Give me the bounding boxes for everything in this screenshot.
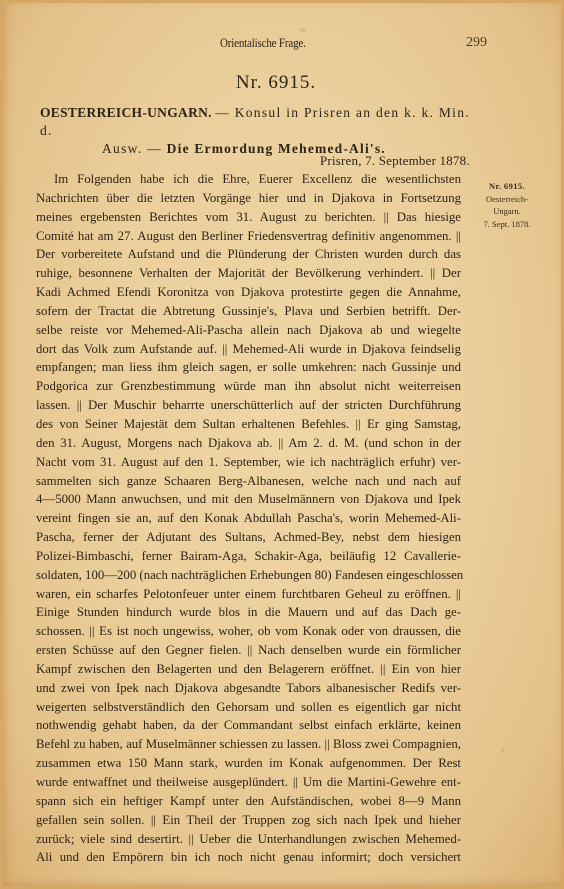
body-line: sofern der Tractat die Abtretung Gussinj… bbox=[36, 302, 461, 321]
body-line: selbe reiste vor Mehemed-Ali-Pascha alle… bbox=[36, 321, 461, 340]
body-line: Comité hat am 27. August den Berliner Fr… bbox=[36, 227, 461, 246]
body-line: wurde entwaffnet und theilweise ausgeplü… bbox=[36, 773, 461, 792]
margin-note-date: 7. Sept. 1878. bbox=[466, 218, 548, 231]
body-line: Ali und den Empörern bin ich noch nicht … bbox=[36, 848, 461, 867]
body-line: Nacht vom 31. August auf den 1. Septembe… bbox=[36, 453, 461, 472]
body-line: Kampf zwischen den Belagerten und den Be… bbox=[36, 660, 461, 679]
body-line: vereint fingen sie an, auf den Konak Abd… bbox=[36, 509, 461, 528]
document-heading: OESTERREICH-UNGARN. — Konsul in Prisren … bbox=[40, 104, 480, 158]
body-line: und zwei von Ipek nach Djakova abgesandt… bbox=[36, 679, 461, 698]
body-line: Im Folgenden habe ich die Ehre, Euerer E… bbox=[36, 170, 461, 189]
dateline: Prisren, 7. September 1878. bbox=[320, 153, 470, 169]
document-page: Orientalische Frage. 299 Nr. 6915. OESTE… bbox=[0, 0, 564, 889]
heading-subject-prefix: Ausw. — bbox=[102, 141, 162, 156]
margin-note: Nr. 6915. Oesterreich- Ungarn. 7. Sept. … bbox=[466, 180, 548, 230]
body-line: Nachrichten über die letzten Vorgänge hi… bbox=[36, 189, 461, 208]
body-line: weigerten selbstverständlich den Gehorsa… bbox=[36, 698, 461, 717]
body-line: meines ergebensten Berichtes vom 31. Aug… bbox=[36, 208, 461, 227]
body-line: des von Seiner Majestät dem Sultan erhal… bbox=[36, 415, 461, 434]
body-line: den 31. August, Morgens nach Djakova ab.… bbox=[36, 434, 461, 453]
body-line: zusammen etwa 150 Mann stark, wurden im … bbox=[36, 754, 461, 773]
body-line: spann sich ein heftiger Kampf unter den … bbox=[36, 792, 461, 811]
document-number: Nr. 6915. bbox=[0, 72, 558, 94]
heading-country: OESTERREICH-UNGARN. bbox=[40, 105, 212, 120]
body-line: dort das Volk zum Aufstande auf. || Mehe… bbox=[36, 340, 461, 359]
body-line: waren, ein scharfes Pelotonfeuer unter e… bbox=[36, 585, 461, 604]
paper-stain bbox=[300, 28, 306, 32]
page-number: 299 bbox=[466, 35, 487, 51]
body-line: empfangen; man liess ihm gleich sagen, e… bbox=[36, 358, 461, 377]
body-line: sammelten sich ganze Schaaren Berg-Alban… bbox=[36, 472, 461, 491]
body-line: Podgorica zur Grenzbestimmung würde man … bbox=[36, 377, 461, 396]
body-line: ersten Schüsse auf den Gegner fielen. ||… bbox=[36, 641, 461, 660]
body-line: Einige Stunden hindurch wurde blos in di… bbox=[36, 603, 461, 622]
body-line: 4—5000 Mann anwuchsen, und mit den Musel… bbox=[36, 490, 461, 509]
body-line: Kadi Achmed Efendi Koronitza von Djakova… bbox=[36, 283, 461, 302]
paper-stain bbox=[501, 748, 505, 752]
body-line: ruhige, besonnene Verhalten der Majoritä… bbox=[36, 264, 461, 283]
body-line: gefallen sein sollen. || Ein Theil der T… bbox=[36, 811, 461, 830]
running-title: Orientalische Frage. bbox=[220, 36, 306, 51]
body-line: nothwendig gehabt haben, da der Commanda… bbox=[36, 716, 461, 735]
margin-note-country-line1: Oesterreich- bbox=[466, 193, 548, 206]
body-line: zurück; viele sind desertirt. || Ueber d… bbox=[36, 830, 461, 849]
margin-note-country-line2: Ungarn. bbox=[466, 205, 548, 218]
body-line: schossen. || Es ist noch ungewiss, woher… bbox=[36, 622, 461, 641]
body-line: lassen. || Der Muschir beharrte unerschü… bbox=[36, 396, 461, 415]
body-line: soldaten, 100—200 (nach nachträglichen E… bbox=[36, 566, 461, 585]
running-head: Orientalische Frage. 299 bbox=[0, 36, 564, 56]
body-line: Pascha, ferner der Adjutant des Sultans,… bbox=[36, 528, 461, 547]
body-text: Im Folgenden habe ich die Ehre, Euerer E… bbox=[36, 170, 461, 867]
body-line: Der vorbereitete Aufstand und die Plünde… bbox=[36, 245, 461, 264]
body-line: Polizei-Bimbaschi, ferner Bairam-Aga, Sc… bbox=[36, 547, 461, 566]
margin-note-number: Nr. 6915. bbox=[466, 180, 548, 193]
body-line: Befehl zu haben, auf Muselmänner schiess… bbox=[36, 735, 461, 754]
